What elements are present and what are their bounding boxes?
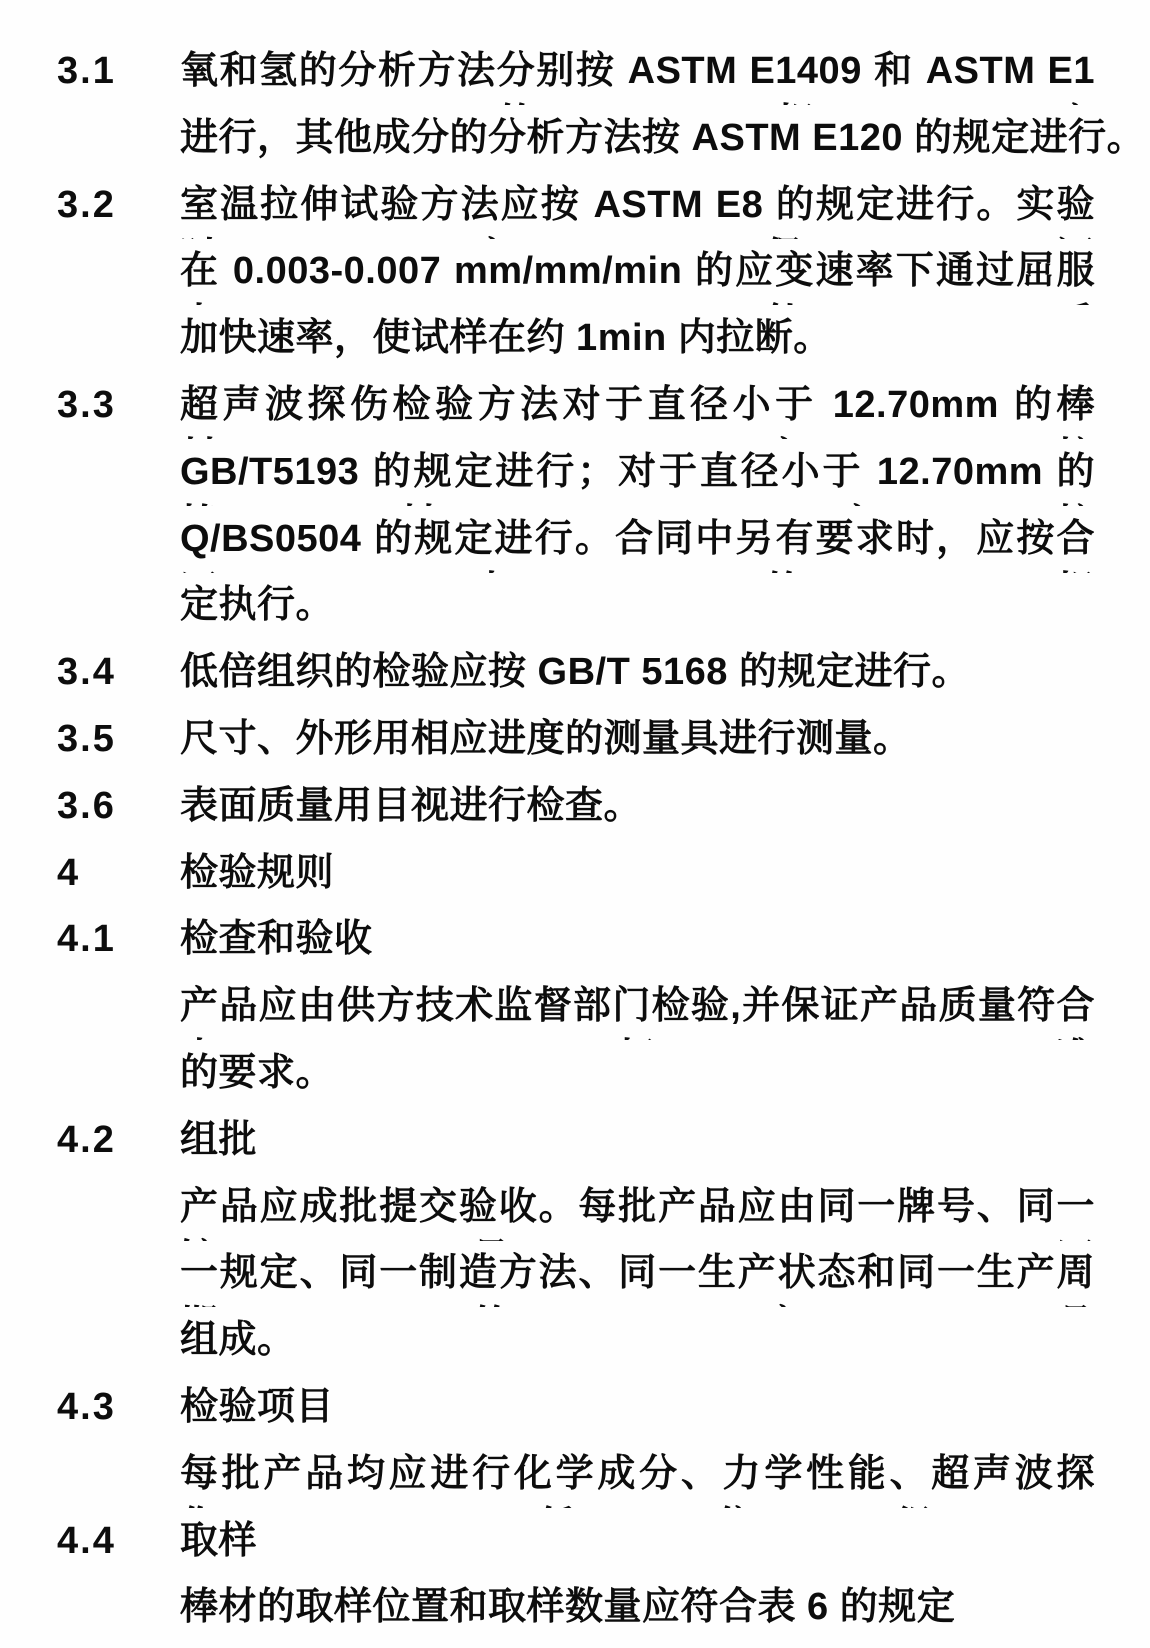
line-text: 表面质量用目视进行检查。 bbox=[180, 780, 1095, 832]
section-number: 4 bbox=[57, 847, 80, 899]
text-line: 4.3 检验项目 bbox=[0, 1381, 1150, 1441]
line-text: 产品应成批提交验收。每批产品应由同一牌号、同一锭号、同 bbox=[180, 1181, 1095, 1241]
document-body: 3.1 氧和氢的分析方法分别按 ASTM E1409 和 ASTM E1447 … bbox=[0, 0, 1150, 1648]
line-text: 一规定、同一制造方法、同一生产状态和同一生产周期的产品 bbox=[180, 1247, 1095, 1307]
text-line: 进行，其他成分的分析方法按 ASTM E120 的规定进行。 bbox=[0, 112, 1150, 172]
line-text: 组成。 bbox=[180, 1314, 1095, 1366]
line-text: 检验项目 bbox=[180, 1381, 1095, 1433]
line-text: 产品应由供方技术监督部门检验,并保证产品质量符合本标准 bbox=[180, 980, 1095, 1040]
text-line: GB/T5193 的规定进行；对于直径小于 12.70mm 的棒材，应按 bbox=[0, 446, 1150, 506]
section-number: 3.6 bbox=[57, 780, 116, 832]
text-line: 3.2 室温拉伸试验方法应按 ASTM E8 的规定进行。实验时应保证 bbox=[0, 179, 1150, 239]
line-text: 定执行。 bbox=[180, 579, 1095, 631]
text-line: 棒材的取样位置和取样数量应符合表 6 的规定 bbox=[0, 1581, 1150, 1641]
line-text: 尺寸、外形用相应进度的测量具进行测量。 bbox=[180, 713, 1095, 765]
text-line: 的要求。 bbox=[0, 1047, 1150, 1107]
text-line: 3.1 氧和氢的分析方法分别按 ASTM E1409 和 ASTM E1447 … bbox=[0, 45, 1150, 105]
text-line: 产品应成批提交验收。每批产品应由同一牌号、同一锭号、同 bbox=[0, 1181, 1150, 1241]
section-number: 3.1 bbox=[57, 45, 116, 97]
text-line: Q/BS0504 的规定进行。合同中另有要求时，应按合同中的规 bbox=[0, 513, 1150, 573]
text-line: 3.6 表面质量用目视进行检查。 bbox=[0, 780, 1150, 840]
line-text: 棒材的取样位置和取样数量应符合表 6 的规定 bbox=[180, 1581, 1095, 1633]
line-text: 低倍组织的检验应按 GB/T 5168 的规定进行。 bbox=[180, 646, 1095, 698]
line-text: 的要求。 bbox=[180, 1047, 1095, 1099]
section-number: 3.2 bbox=[57, 179, 116, 231]
text-line: 4.2 组批 bbox=[0, 1114, 1150, 1174]
text-line: 在 0.003-0.007 mm/mm/min 的应变速率下通过屈服点，然后 bbox=[0, 245, 1150, 305]
section-number: 4.4 bbox=[57, 1515, 116, 1567]
line-text: 取样 bbox=[180, 1515, 1095, 1567]
text-line: 组成。 bbox=[0, 1314, 1150, 1374]
text-line: 3.4 低倍组织的检验应按 GB/T 5168 的规定进行。 bbox=[0, 646, 1150, 706]
line-text: 室温拉伸试验方法应按 ASTM E8 的规定进行。实验时应保证 bbox=[180, 179, 1095, 239]
section-number: 3.4 bbox=[57, 646, 116, 698]
line-text: 每批产品均应进行化学成分、力学性能、超声波探伤、低倍组¢ bbox=[180, 1448, 1095, 1508]
text-line: 加快速率，使试样在约 1min 内拉断。 bbox=[0, 312, 1150, 372]
text-line: 产品应由供方技术监督部门检验,并保证产品质量符合本标准 bbox=[0, 980, 1150, 1040]
line-text: 超声波探伤检验方法对于直径小于 12.70mm 的棒材，应按 bbox=[180, 379, 1095, 439]
text-line: 4.1 检查和验收 bbox=[0, 913, 1150, 973]
text-line: 3.3 超声波探伤检验方法对于直径小于 12.70mm 的棒材，应按 bbox=[0, 379, 1150, 439]
line-text: GB/T5193 的规定进行；对于直径小于 12.70mm 的棒材，应按 bbox=[180, 446, 1095, 506]
line-text: 氧和氢的分析方法分别按 ASTM E1409 和 ASTM E1447 的规定 bbox=[180, 45, 1095, 105]
line-text: 组批 bbox=[180, 1114, 1095, 1166]
text-line: 4 检验规则 bbox=[0, 847, 1150, 907]
section-number: 3.5 bbox=[57, 713, 116, 765]
text-line: 每批产品均应进行化学成分、力学性能、超声波探伤、低倍组¢ bbox=[0, 1448, 1150, 1508]
text-line: 3.5 尺寸、外形用相应进度的测量具进行测量。 bbox=[0, 713, 1150, 773]
text-line: 定执行。 bbox=[0, 579, 1150, 639]
text-line: 4.4 取样 bbox=[0, 1515, 1150, 1575]
line-text: 检查和验收 bbox=[180, 913, 1095, 965]
section-number: 4.1 bbox=[57, 913, 116, 965]
text-line: 一规定、同一制造方法、同一生产状态和同一生产周期的产品 bbox=[0, 1247, 1150, 1307]
document-page: 3.1 氧和氢的分析方法分别按 ASTM E1409 和 ASTM E1447 … bbox=[0, 0, 1150, 1648]
section-number: 4.3 bbox=[57, 1381, 116, 1433]
line-text: 加快速率，使试样在约 1min 内拉断。 bbox=[180, 312, 1095, 364]
section-number: 4.2 bbox=[57, 1114, 116, 1166]
line-text: Q/BS0504 的规定进行。合同中另有要求时，应按合同中的规 bbox=[180, 513, 1095, 573]
line-text: 检验规则 bbox=[180, 847, 1095, 899]
line-text: 进行，其他成分的分析方法按 ASTM E120 的规定进行。 bbox=[180, 112, 1095, 164]
section-number: 3.3 bbox=[57, 379, 116, 431]
line-text: 在 0.003-0.007 mm/mm/min 的应变速率下通过屈服点，然后 bbox=[180, 245, 1095, 305]
